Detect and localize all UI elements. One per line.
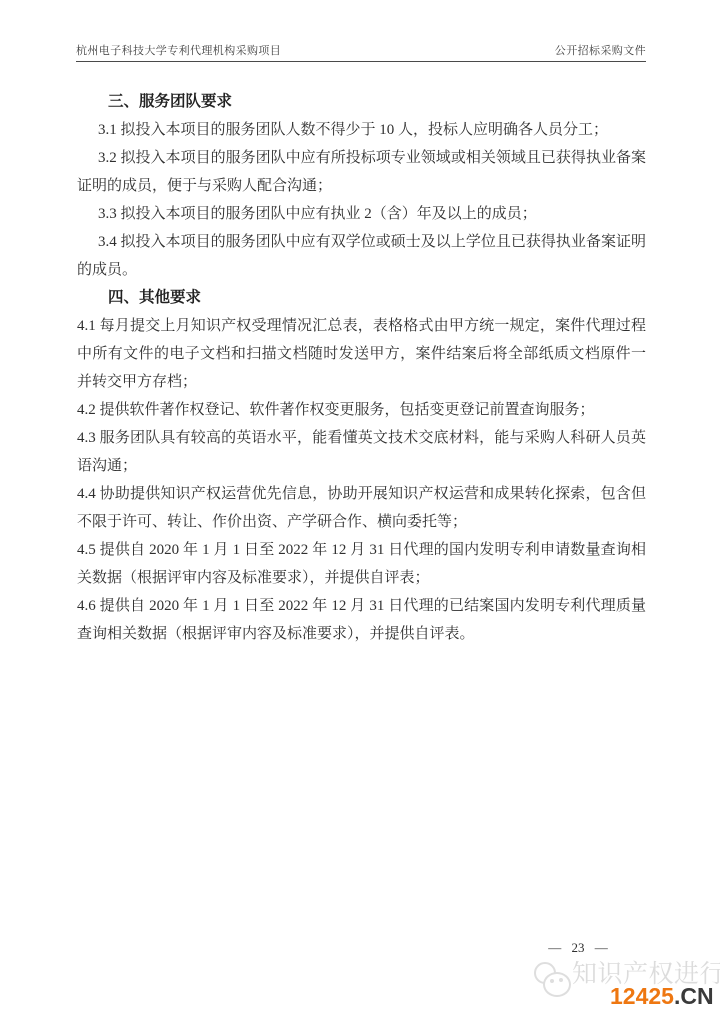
clause-4-3: 4.3 服务团队具有较高的英语水平，能看懂英文技术交底材料，能与采购人科研人员英… (77, 424, 646, 480)
document-body: 三、服务团队要求 3.1 拟投入本项目的服务团队人数不得少于 10 人，投标人应… (77, 88, 646, 648)
logo-eye-dot (550, 979, 554, 983)
clause-4-1: 4.1 每月提交上月知识产权受理情况汇总表，表格格式由甲方统一规定，案件代理过程… (77, 312, 646, 396)
brand-number: 12425 (610, 983, 674, 1009)
section-3-heading: 三、服务团队要求 (108, 88, 646, 116)
clause-3-2: 3.2 拟投入本项目的服务团队中应有所投标项专业领域或相关领域且已获得执业备案证… (77, 144, 646, 200)
page-header: 杭州电子科技大学专利代理机构采购项目 公开招标采购文件 (76, 42, 646, 62)
clause-4-2: 4.2 提供软件著作权登记、软件著作权变更服务，包括变更登记前置查询服务； (77, 396, 646, 424)
watermark-footer: 知识产权进行时 12425.CN (530, 958, 720, 1014)
clause-4-4: 4.4 协助提供知识产权运营优先信息，协助开展知识产权运营和成果转化探索，包含但… (77, 480, 646, 536)
section-4-heading: 四、其他要求 (108, 284, 646, 312)
brand-domain: 12425.CN (610, 983, 714, 1009)
page-number: — 23 — (538, 940, 618, 956)
clause-4-5: 4.5 提供自 2020 年 1 月 1 日至 2022 年 12 月 31 日… (77, 536, 646, 592)
watermark-logo-icon (534, 962, 572, 1000)
logo-large-circle (543, 972, 571, 997)
clause-3-1: 3.1 拟投入本项目的服务团队人数不得少于 10 人，投标人应明确各人员分工； (77, 116, 646, 144)
clause-3-4: 3.4 拟投入本项目的服务团队中应有双学位或硕士及以上学位且已获得执业备案证明的… (77, 228, 646, 284)
header-doc-type: 公开招标采购文件 (555, 42, 646, 58)
header-project-title: 杭州电子科技大学专利代理机构采购项目 (76, 42, 281, 58)
brand-tld: .CN (674, 983, 714, 1009)
clause-4-6: 4.6 提供自 2020 年 1 月 1 日至 2022 年 12 月 31 日… (77, 592, 646, 648)
logo-eye-dot (559, 978, 563, 982)
clause-3-3: 3.3 拟投入本项目的服务团队中应有执业 2（含）年及以上的成员； (77, 200, 646, 228)
document-page: 杭州电子科技大学专利代理机构采购项目 公开招标采购文件 三、服务团队要求 3.1… (0, 0, 720, 1018)
